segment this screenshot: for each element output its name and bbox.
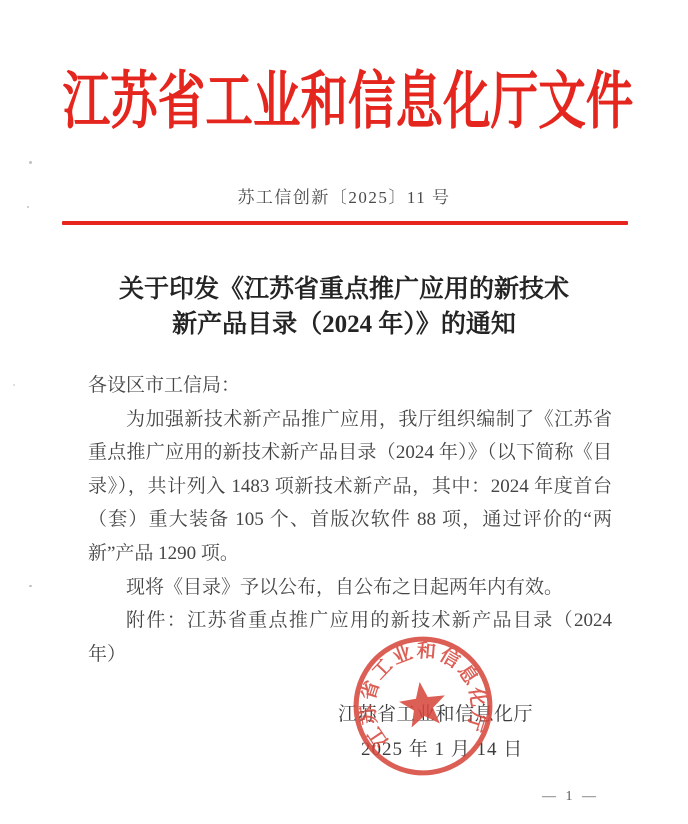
document-number: 苏工信创新〔2025〕11 号 <box>0 183 688 208</box>
header-divider-rule <box>62 221 628 225</box>
document-title-line2: 新产品目录（2024 年）》的通知 <box>0 307 688 342</box>
letterhead-org-title: 江苏省工业和信息化厅文件 <box>63 50 634 141</box>
scan-speck <box>29 585 32 587</box>
scan-speck <box>29 161 32 164</box>
letterhead: 江苏省工业和信息化厅文件 <box>0 50 688 134</box>
document-title-line1: 关于印发《江苏省重点推广应用的新技术 <box>0 272 688 307</box>
document-title: 关于印发《江苏省重点推广应用的新技术 新产品目录（2024 年）》的通知 <box>0 272 688 342</box>
salutation: 各设区市工信局： <box>88 369 612 403</box>
scan-speck <box>13 384 15 386</box>
scan-speck <box>27 206 29 208</box>
signature-date: 2025 年 1 月 14 日 <box>361 734 523 761</box>
body-paragraph-1: 为加强新技术新产品推广应用，我厅组织编制了《江苏省重点推广应用的新技术新产品目录… <box>88 403 612 571</box>
signature-org: 江苏省工业和信息化厅 <box>338 699 533 726</box>
page-number: — 1 — <box>542 789 599 805</box>
document-body: 各设区市工信局： 为加强新技术新产品推广应用，我厅组织编制了《江苏省重点推广应用… <box>88 369 612 671</box>
attachment-line: 附件：江苏省重点推广应用的新技术新产品目录（2024 年） <box>88 604 612 671</box>
body-paragraph-2: 现将《目录》予以公布，自公布之日起两年内有效。 <box>88 571 612 605</box>
document-page: 江苏省工业和信息化厅文件 苏工信创新〔2025〕11 号 关于印发《江苏省重点推… <box>0 0 688 824</box>
